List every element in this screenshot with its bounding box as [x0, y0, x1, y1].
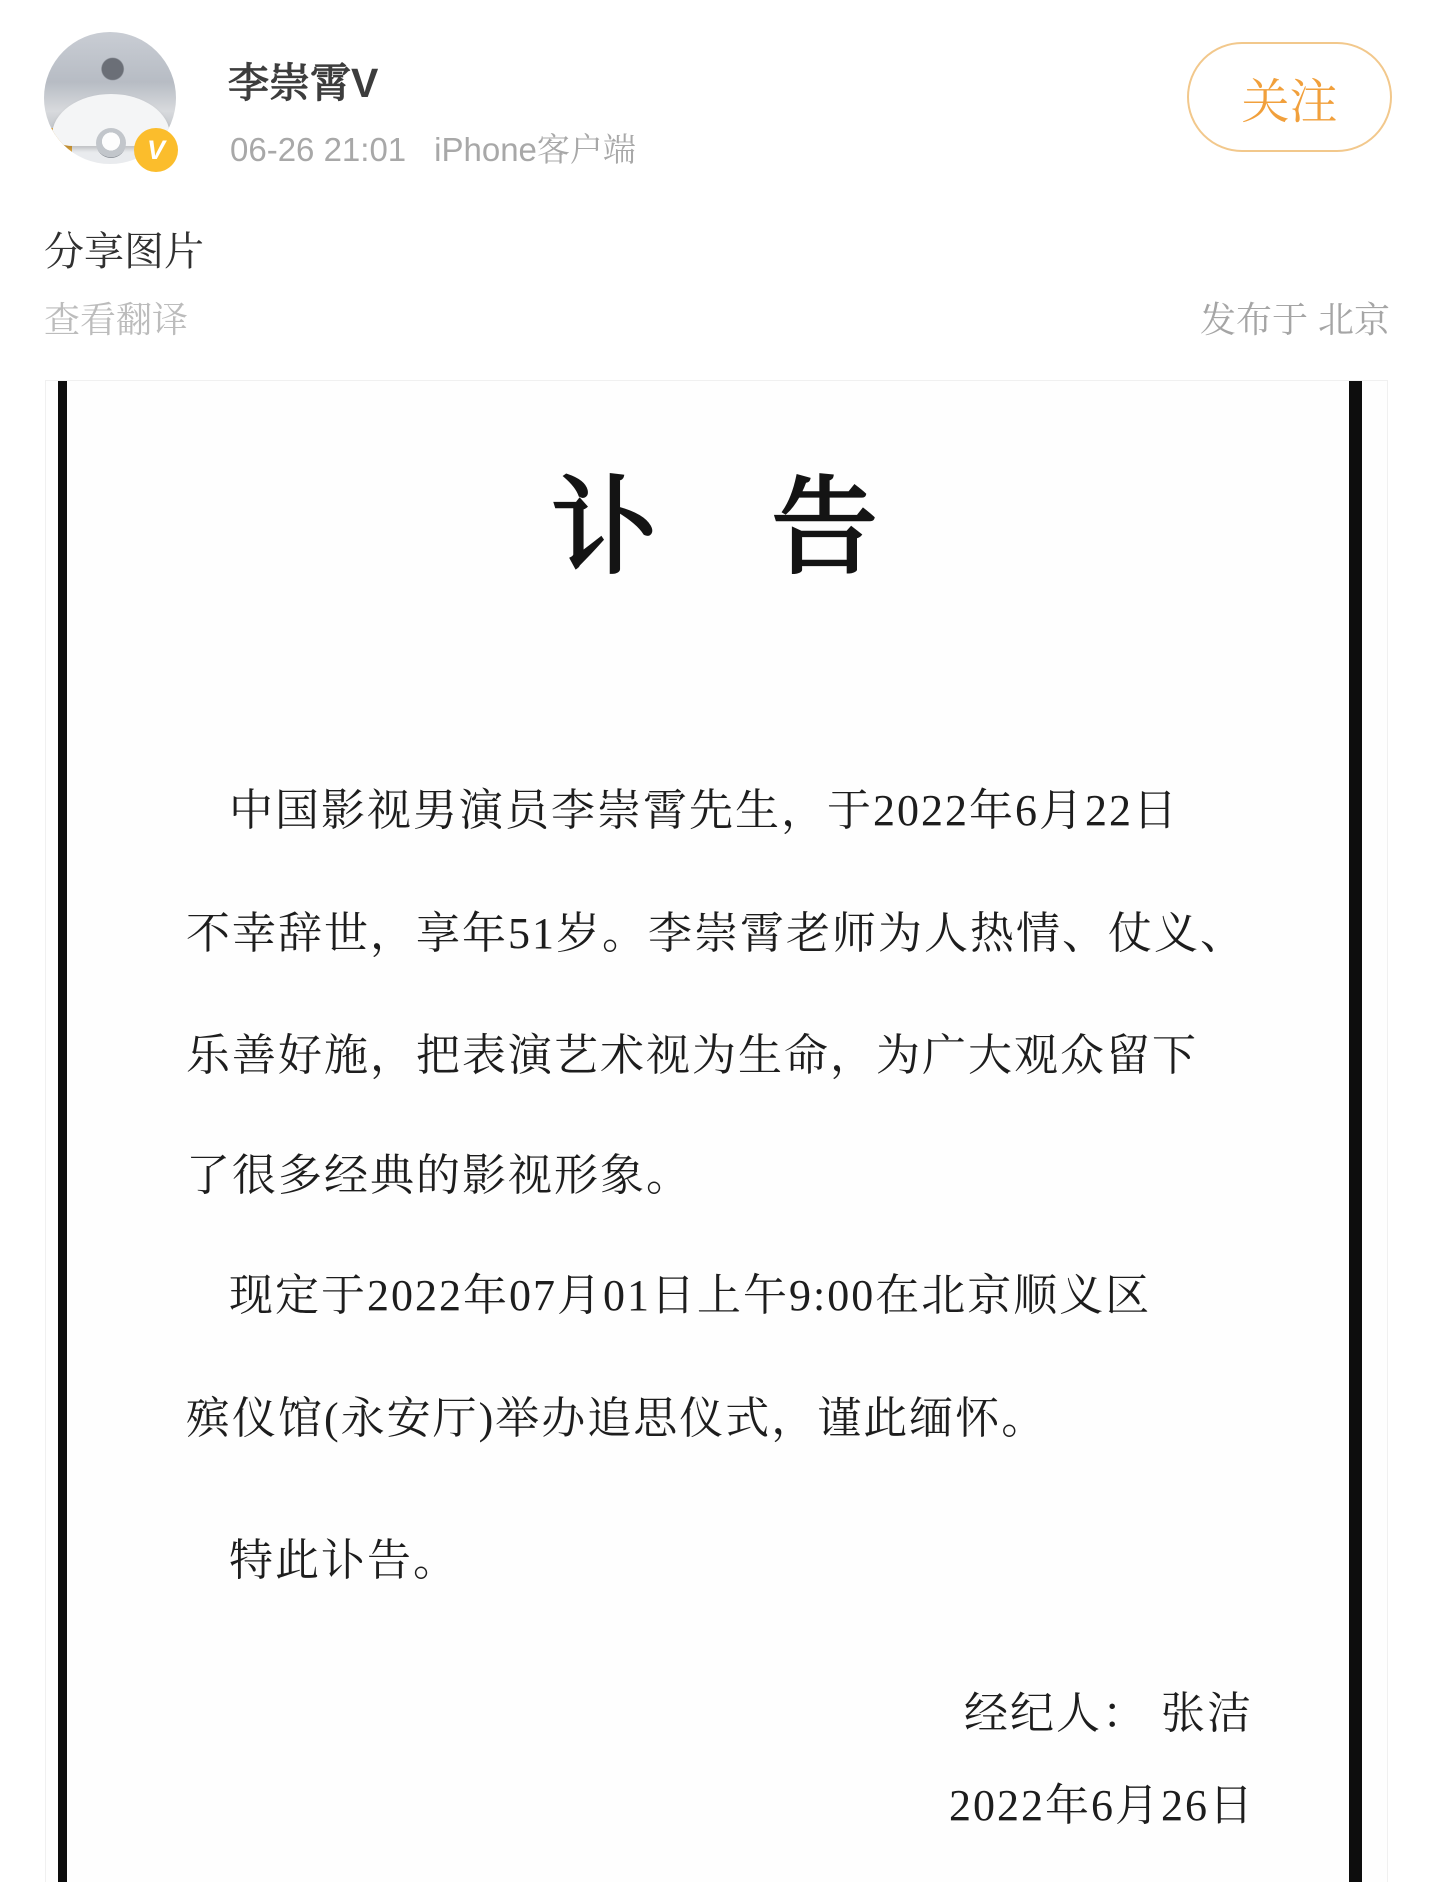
- obituary-line: 乐善好施，把表演艺术视为生命，为广大观众留下: [186, 1019, 1198, 1083]
- obituary-line: 现定于2022年07月01日上午9:00在北京顺义区: [229, 1259, 1151, 1323]
- obituary-title: 讣 告: [46, 443, 1387, 595]
- post-header: V 李崇霄V 06-26 21:01iPhone客户端 关注: [0, 0, 1440, 180]
- client-source: iPhone客户端: [434, 131, 636, 168]
- obituary-image[interactable]: 讣 告 中国影视男演员李崇霄先生，于2022年6月22日 不幸辞世，享年51岁。…: [45, 380, 1388, 1882]
- obituary-line: 特此讣告。: [229, 1524, 459, 1588]
- obituary-line: 了很多经典的影视形象。: [186, 1139, 692, 1203]
- avatar-photo-detail: [96, 128, 126, 158]
- follow-button[interactable]: 关注: [1187, 42, 1392, 152]
- verified-badge-icon: V: [134, 128, 178, 172]
- timestamp: 06-26 21:01: [230, 131, 406, 168]
- obituary-line: 殡仪馆(永安厅)举办追思仪式，谨此缅怀。: [186, 1382, 1047, 1446]
- obituary-line: 中国影视男演员李崇霄先生，于2022年6月22日: [229, 774, 1179, 838]
- publish-location: 发布于 北京: [1200, 292, 1390, 343]
- letter-right-border: [1349, 381, 1362, 1882]
- letter-left-border: [58, 381, 67, 1882]
- translate-link[interactable]: 查看翻译: [44, 292, 188, 343]
- obituary-line: 不幸辞世，享年51岁。李崇霄老师为人热情、仗义、: [186, 897, 1246, 961]
- obituary-date-line: 2022年6月26日: [949, 1769, 1255, 1833]
- post-meta: 06-26 21:01iPhone客户端: [230, 124, 636, 171]
- obituary-agent-line: 经纪人： 张洁: [964, 1677, 1253, 1741]
- username[interactable]: 李崇霄V: [228, 50, 378, 109]
- post-text: 分享图片: [44, 220, 204, 277]
